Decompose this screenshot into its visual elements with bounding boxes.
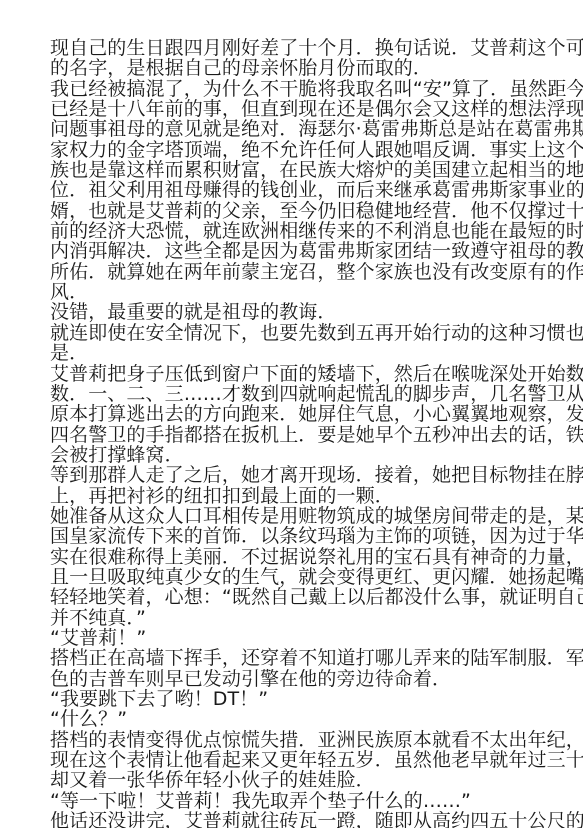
document-page: 现自己的生日跟四月刚好差了十个月．换句话说．艾普莉这个可爱 的名字，是根据自己的… <box>50 38 530 828</box>
text-line: 搭档正在高墙下挥手，还穿着不知道打哪儿弄来的陆军制服．军绿 <box>50 648 530 668</box>
text-line: 上，再把衬衫的纽扣扣到最上面的一颗． <box>50 486 530 506</box>
text-line: 内消弭解决．这些全都是因为葛雷弗斯家团结一致遵守祖母的教诲 <box>50 241 530 261</box>
text-line: 所佑．就算她在两年前蒙主宠召，整个家族也没有改变原有的作 <box>50 262 530 282</box>
text-line: 原本打算逃出去的方向跑来．她屏住气息，小心翼翼地观察，发现 <box>50 404 530 424</box>
text-line: 轻轻地笑着，心想：“既然自己戴上以后都没什么事，就证明自己 <box>50 587 530 607</box>
text-line: 是． <box>50 343 530 363</box>
text-line: “等一下啦！艾普莉！我先取弄个垫子什么的……” <box>50 791 530 811</box>
text-line: 族也是靠这样而累积财富，在民族大熔炉的美国建立起相当的地 <box>50 160 530 180</box>
text-line: 的名字，是根据自己的母亲怀胎月份而取的． <box>50 58 530 78</box>
text-line: 家权力的金字塔顶端，绝不允许任何人跟她唱反调．事实上这个家 <box>50 140 530 160</box>
text-line: 位．祖父利用祖母赚得的钱创业，而后来继承葛雷弗斯家事业的女 <box>50 180 530 200</box>
text-line: “我要跳下去了哟！DT！” <box>50 689 530 709</box>
text-line: 四名警卫的手指都搭在扳机上．要是她早个五秒冲出去的话，铁定 <box>50 425 530 445</box>
text-line: 并不纯真．” <box>50 608 530 628</box>
text-line: 等到那群人走了之后，她才离开现场．接着，她把目标物挂在脖子 <box>50 465 530 485</box>
text-line: 问题事祖母的意见就是绝对．海瑟尔·葛雷弗斯总是站在葛雷弗斯 <box>50 119 530 139</box>
text-line: 国皇家流传下来的首饰．以条纹玛瑙为主饰的项链，因为过于华丽 <box>50 526 530 546</box>
text-line: 艾普莉把身子压低到窗户下面的矮墙下，然后在喉咙深处开始数 <box>50 364 530 384</box>
text-line: 且一旦吸取纯真少女的生气，就会变得更红、更闪耀．她扬起嘴角 <box>50 567 530 587</box>
text-line: 没错，最重要的就是祖母的教诲． <box>50 302 530 322</box>
text-line: 实在很难称得上美丽．不过据说祭礼用的宝石具有神奇的力量，而 <box>50 547 530 567</box>
text-line: 我已经被搞混了，为什么不干脆将我取名叫“安”算了．虽然距今 <box>50 79 530 99</box>
text-line: 婿，也就是艾普莉的父亲，至今仍旧稳健地经营．他不仅撑过十年 <box>50 201 530 221</box>
text-line: 已经是十八年前的事，但直到现在还是偶尔会又这样的想法浮现． <box>50 99 530 119</box>
text-line: 她准备从这众人口耳相传是用赃物筑成的城堡房间带走的是，某亡 <box>50 506 530 526</box>
text-line: 他话还没讲完，艾普莉就往砖瓦一蹬，随即从高约四五十公尺的围 <box>50 811 530 828</box>
text-line: 却又着一张华侨年轻小伙子的娃娃脸． <box>50 770 530 790</box>
text-line: 色的吉普车则早已发动引擎在他的旁边待命着． <box>50 669 530 689</box>
text-line: 现自己的生日跟四月刚好差了十个月．换句话说．艾普莉这个可爱 <box>50 38 530 58</box>
text-line: “什么？” <box>50 709 530 729</box>
text-line: 现在这个表情让他看起来又更年轻五岁．虽然他老早就年过三十， <box>50 750 530 770</box>
text-line: 前的经济大恐慌，就连欧洲相继传来的不利消息也能在最短的时间 <box>50 221 530 241</box>
text-line: 搭档的表情变得优点惊慌失措．亚洲民族原本就看不太出年纪，他 <box>50 730 530 750</box>
text-line: 数．一、二、三……才数到四就响起慌乱的脚步声，几名警卫从她 <box>50 384 530 404</box>
text-line: 风． <box>50 282 530 302</box>
text-line: 会被打撑蜂窝． <box>50 445 530 465</box>
text-line: “艾普莉！” <box>50 628 530 648</box>
text-line: 就连即使在安全情况下，也要先数到五再开始行动的这种习惯也 <box>50 323 530 343</box>
